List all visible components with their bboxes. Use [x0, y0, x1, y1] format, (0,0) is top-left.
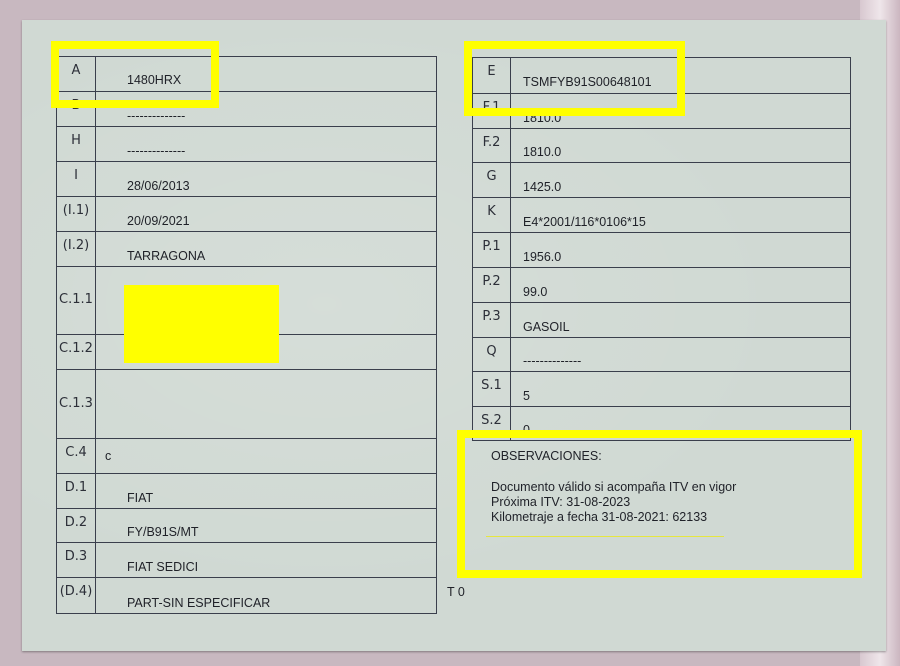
table-row: P.11956.0	[473, 232, 850, 267]
field-label: C.1.2	[57, 341, 95, 356]
field-value: --------------	[523, 354, 581, 368]
field-label: C.1.1	[57, 292, 95, 307]
field-value: c	[105, 449, 111, 463]
field-label: P.1	[473, 239, 510, 254]
field-label: P.3	[473, 309, 510, 324]
table-row: I28/06/2013	[57, 161, 436, 196]
field-value: TARRAGONA	[127, 249, 205, 263]
field-value: 5	[523, 389, 530, 403]
table-row: F.21810.0	[473, 128, 850, 162]
field-label: (I.2)	[57, 238, 95, 253]
table-row: KE4*2001/116*0106*15	[473, 197, 850, 232]
field-value: --------------	[127, 109, 185, 123]
table-row: P.3GASOIL	[473, 302, 850, 337]
field-label: (I.1)	[57, 203, 95, 218]
table-row: D.2FY/B91S/MT	[57, 508, 436, 542]
table-row: D.1FIAT	[57, 473, 436, 508]
field-value: 99.0	[523, 285, 547, 299]
table-row: Q--------------	[473, 337, 850, 371]
highlight-plate-number	[51, 41, 219, 108]
observation-line: Próxima ITV: 31-08-2023	[491, 495, 630, 510]
table-row: D.3FIAT SEDICI	[57, 542, 436, 577]
table-row: (D.4)PART-SIN ESPECIFICAR	[57, 577, 436, 613]
field-label: Q	[473, 344, 510, 359]
field-label: D.1	[57, 480, 95, 495]
field-label: C.4	[57, 445, 95, 460]
field-label: S.2	[473, 413, 510, 428]
field-value: PART-SIN ESPECIFICAR	[127, 596, 270, 610]
field-label: G	[473, 169, 510, 184]
table-row: S.15	[473, 371, 850, 406]
highlight-vin	[464, 41, 685, 116]
observation-line: Documento válido si acompaña ITV en vigo…	[491, 480, 736, 495]
field-value: 20/09/2021	[127, 214, 190, 228]
field-value: FY/B91S/MT	[127, 525, 199, 539]
field-label: I	[57, 168, 95, 183]
field-label: (D.4)	[57, 584, 95, 599]
table-row: C.1.3	[57, 369, 436, 438]
field-value: E4*2001/116*0106*15	[523, 215, 646, 229]
field-value: 1425.0	[523, 180, 561, 194]
redacted-owner-block	[124, 285, 279, 363]
table-row: G1425.0	[473, 162, 850, 197]
field-label: S.1	[473, 378, 510, 393]
table-row: (I.1)20/09/2021	[57, 196, 436, 231]
observation-line: Kilometraje a fecha 31-08-2021: 62133	[491, 510, 707, 525]
field-value: FIAT SEDICI	[127, 560, 198, 574]
field-label: F.2	[473, 135, 510, 150]
field-value: 1956.0	[523, 250, 561, 264]
table-row: P.299.0	[473, 267, 850, 302]
field-label: H	[57, 133, 95, 148]
footer-code: T 0	[447, 585, 465, 599]
field-value: 1810.0	[523, 145, 561, 159]
table-row: H--------------	[57, 126, 436, 161]
field-value: GASOIL	[523, 320, 570, 334]
table-row: C.4c	[57, 438, 436, 473]
field-value: FIAT	[127, 491, 153, 505]
field-label: D.2	[57, 515, 95, 530]
observations-underline	[486, 536, 724, 537]
field-value: 28/06/2013	[127, 179, 190, 193]
field-label: C.1.3	[57, 396, 95, 411]
table-row: (I.2)TARRAGONA	[57, 231, 436, 266]
field-label: K	[473, 204, 510, 219]
observations-title: OBSERVACIONES:	[491, 449, 602, 464]
field-label: D.3	[57, 549, 95, 564]
field-value: --------------	[127, 144, 185, 158]
field-label: P.2	[473, 274, 510, 289]
